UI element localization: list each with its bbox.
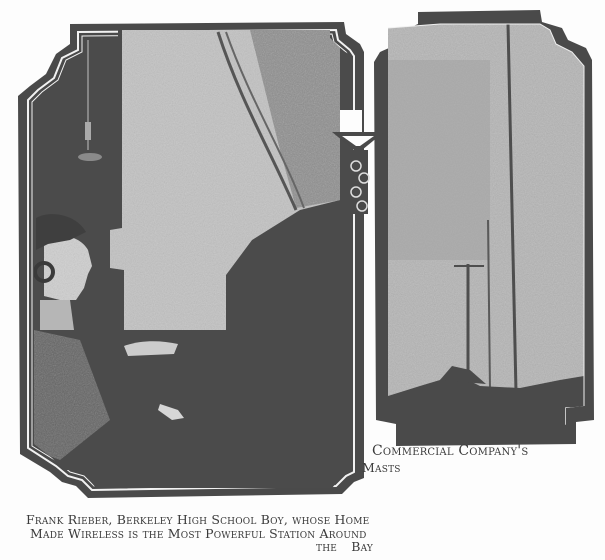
- right-photo-caption-line-1: Commercial Company's: [372, 444, 528, 458]
- newspaper-page: [0, 0, 605, 560]
- right-photo: [380, 20, 590, 440]
- right-photo-caption-line-2: Masts: [362, 462, 401, 475]
- left-photo: [30, 28, 360, 493]
- left-photo-caption-line-3: the Bay: [316, 541, 373, 554]
- left-photo-caption-line-1: Frank Rieber, Berkeley High School Boy, …: [26, 514, 369, 527]
